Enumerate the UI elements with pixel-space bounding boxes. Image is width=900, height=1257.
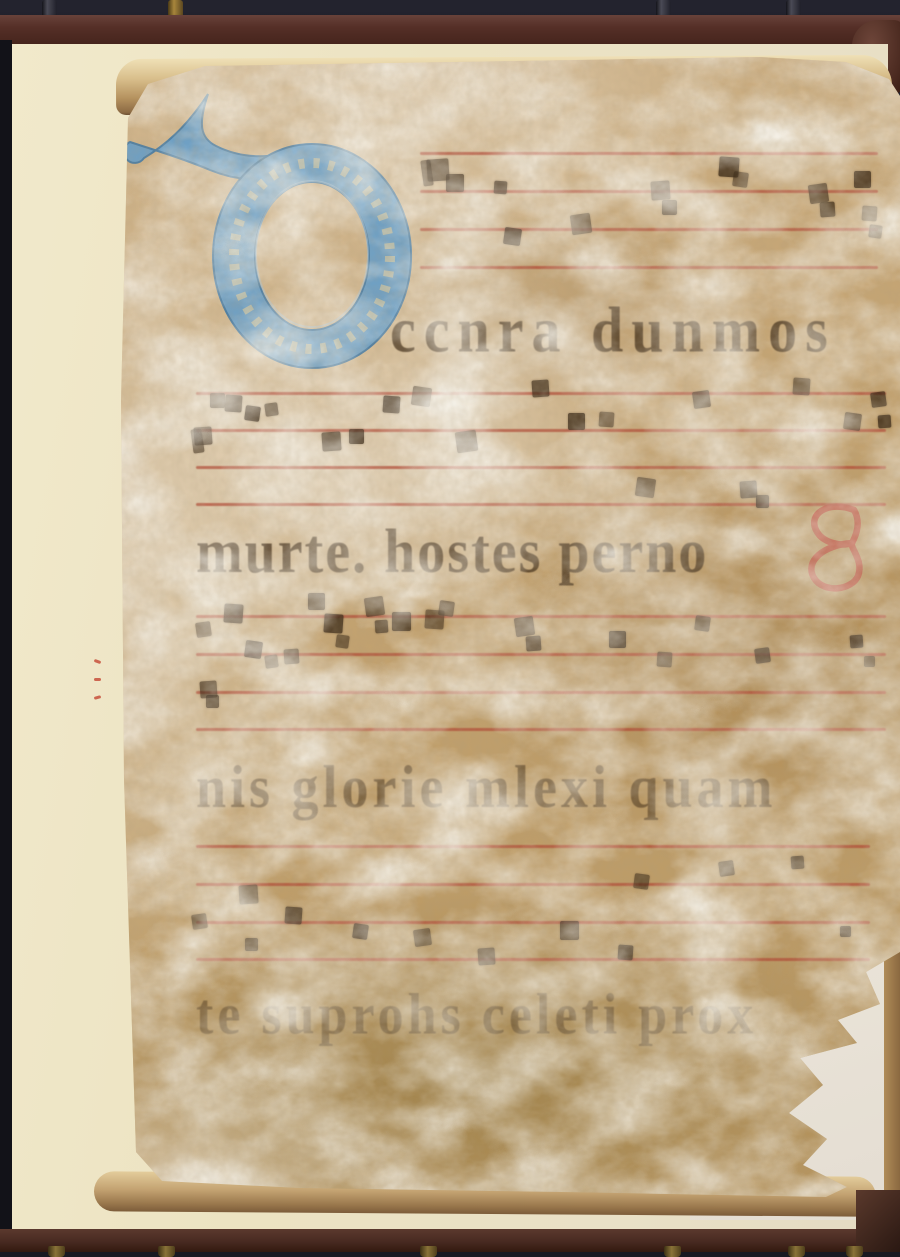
- stand-peg: [788, 1246, 805, 1257]
- neume-note: [502, 226, 521, 245]
- neume-note: [446, 174, 464, 192]
- staff-line: [196, 653, 886, 656]
- neume-note: [861, 205, 877, 221]
- stand-corner-bottom-right: [856, 1190, 900, 1252]
- neume-note: [842, 411, 861, 430]
- neume-note: [756, 495, 769, 508]
- staff-line: [196, 958, 870, 961]
- neume-note: [634, 476, 655, 497]
- neume-note: [849, 634, 863, 648]
- neume-note: [864, 656, 875, 667]
- neume-note: [633, 873, 650, 890]
- neume-note: [382, 395, 400, 413]
- staff-line: [196, 466, 886, 469]
- neume-note: [454, 429, 478, 453]
- leaf-edges-left: [63, 60, 125, 1200]
- neume-note: [349, 429, 364, 444]
- neume-note: [245, 938, 258, 951]
- parchment-page: O ccnra dunmos murte. hostes perno nis g…: [0, 0, 900, 1257]
- neume-note: [210, 393, 225, 408]
- chant-text-line: ccnra dunmos: [390, 292, 836, 367]
- staff-line: [196, 845, 870, 848]
- neume-note: [650, 180, 670, 200]
- neume-note: [570, 213, 593, 236]
- neume-note: [223, 603, 243, 623]
- stand-peg: [48, 1246, 65, 1257]
- neume-note: [412, 927, 431, 946]
- neume-note: [840, 926, 851, 937]
- stand-peg: [664, 1246, 681, 1257]
- staff-line: [196, 728, 886, 731]
- chant-text-line: te suprohs celeti prox: [196, 982, 757, 1048]
- neume-note: [410, 385, 431, 406]
- stand-shadow-left: [0, 40, 12, 1240]
- neume-note: [477, 947, 495, 965]
- staff-line: [420, 266, 878, 269]
- neume-note: [870, 391, 887, 408]
- leaf-edge-right: [884, 920, 900, 1220]
- neume-note: [243, 639, 262, 658]
- neume-note: [656, 651, 672, 667]
- staff-line: [196, 883, 870, 886]
- staff-line: [196, 691, 886, 694]
- neume-note: [493, 180, 507, 194]
- stand-rail-bottom: [0, 1229, 900, 1252]
- neume-note: [854, 171, 871, 188]
- neume-note: [191, 913, 208, 930]
- neume-note: [531, 379, 549, 397]
- neume-note: [244, 405, 261, 422]
- neume-note: [790, 855, 804, 869]
- chant-text-line: nis glorie mlexi quam: [196, 752, 777, 821]
- neume-note: [264, 654, 279, 669]
- neume-note: [264, 402, 279, 417]
- neume-note: [560, 921, 579, 940]
- stand-peg: [158, 1246, 175, 1257]
- red-rubric-ornament: [796, 502, 888, 594]
- stand-peg: [846, 1246, 863, 1257]
- neume-note: [792, 377, 810, 395]
- neume-note: [877, 414, 891, 428]
- neume-note: [694, 615, 711, 632]
- neume-note: [392, 612, 411, 631]
- neume-note: [598, 411, 614, 427]
- initial-letter-value: O: [0, 0, 1, 1]
- neume-note: [807, 182, 828, 203]
- neume-note: [321, 431, 341, 451]
- neume-note: [754, 647, 771, 664]
- neume-note: [819, 201, 835, 217]
- neume-note: [193, 426, 212, 445]
- neume-note: [374, 619, 388, 633]
- neume-note: [609, 631, 626, 648]
- staff-line: [196, 429, 886, 432]
- neume-note: [206, 695, 219, 708]
- neume-note: [195, 621, 212, 638]
- red-ink-mark-on-edge: [92, 656, 104, 720]
- neume-note: [525, 635, 541, 651]
- neume-note: [363, 595, 384, 616]
- neume-note: [739, 480, 757, 498]
- neume-note: [335, 634, 350, 649]
- neume-note: [352, 923, 369, 940]
- neume-note: [718, 860, 735, 877]
- neume-note: [224, 394, 242, 412]
- neume-note: [662, 200, 677, 215]
- staff-line: [420, 152, 878, 155]
- neume-note: [513, 615, 534, 636]
- neume-note: [284, 906, 302, 924]
- neume-note: [868, 224, 883, 239]
- manuscript-photo: O ccnra dunmos murte. hostes perno nis g…: [0, 0, 900, 1257]
- neume-note: [617, 944, 633, 960]
- neume-note: [323, 613, 343, 633]
- neume-note: [283, 648, 299, 664]
- neume-note: [691, 389, 710, 408]
- staff-line: [196, 503, 886, 506]
- stand-peg: [420, 1246, 437, 1257]
- initial-ring: [213, 144, 411, 368]
- neume-note: [238, 884, 258, 904]
- chant-notation-layer: O ccnra dunmos murte. hostes perno nis g…: [0, 0, 900, 1257]
- chant-text-line: murte. hostes perno: [196, 516, 708, 588]
- neume-note: [732, 171, 749, 188]
- neume-note: [568, 413, 585, 430]
- neume-note: [438, 600, 455, 617]
- staff-line: [420, 228, 878, 231]
- staff-line: [196, 615, 886, 618]
- neume-note: [308, 593, 325, 610]
